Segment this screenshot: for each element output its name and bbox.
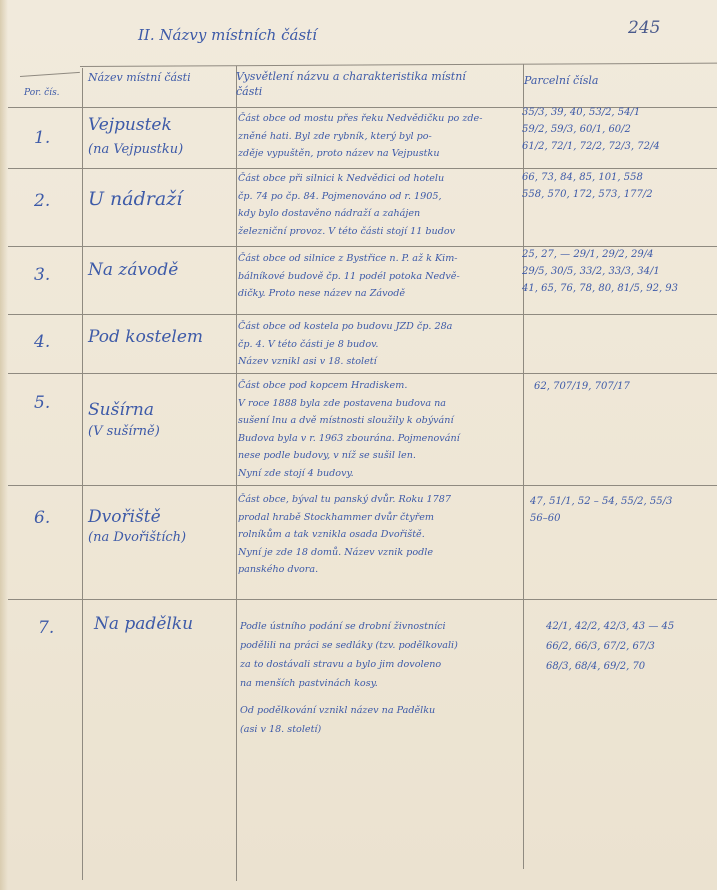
header-row-number: Por. čís. <box>24 86 60 101</box>
locality-name-variant: (na Dvořištích) <box>88 530 186 545</box>
row-rule-3 <box>8 314 717 315</box>
locality-description: Část obce, býval tu panský dvůr. Roku 17… <box>238 491 451 579</box>
page-binding-edge <box>0 0 8 890</box>
locality-description: Podle ústního podání se drobní živnostní… <box>240 617 458 739</box>
locality-name-variant: (na Vejpustku) <box>88 142 183 157</box>
locality-description: Část obce od kostela po budovu JZD čp. 2… <box>238 318 452 371</box>
locality-name: Vejpustek <box>88 113 172 137</box>
row-number: 7. <box>38 618 54 638</box>
row-number: 4. <box>34 332 50 352</box>
row-number: 2. <box>34 191 50 211</box>
header-description: Vysvětlení názvu a charakteristika místn… <box>236 69 466 99</box>
locality-description: Část obce od mostu přes řeku Nedvědičku … <box>238 110 482 163</box>
locality-name: U nádraží <box>88 187 182 211</box>
locality-description: Část obce pod kopcem Hradiskem. V roce 1… <box>238 377 460 482</box>
parcel-numbers: 66, 73, 84, 85, 101, 558 558, 570, 172, … <box>522 169 653 203</box>
locality-description: Část obce při silnici k Nedvědici od hot… <box>238 170 455 240</box>
section-title: II. Názvy místních částí <box>138 26 317 44</box>
row-number: 3. <box>34 265 50 285</box>
row-rule-4 <box>8 373 717 374</box>
parcel-numbers: 47, 51/1, 52 – 54, 55/2, 55/3 56–60 <box>530 493 672 527</box>
table-top-rule <box>80 63 717 67</box>
row-rule-6 <box>8 599 717 600</box>
header-parcels: Parcelní čísla <box>524 73 598 88</box>
table-top-rule <box>20 72 80 77</box>
locality-name: Na závodě <box>88 258 178 282</box>
row-number: 1. <box>34 128 50 148</box>
ledger-page: II. Názvy místních částí 245 Por. čís. N… <box>0 0 717 890</box>
row-number: 5. <box>34 393 50 413</box>
parcel-numbers: 35/3, 39, 40, 53/2, 54/1 59/2, 59/3, 60/… <box>522 104 660 155</box>
page-number: 245 <box>628 18 660 38</box>
locality-name: Dvořiště <box>88 505 161 529</box>
parcel-numbers: 25, 27, — 29/1, 29/2, 29/4 29/5, 30/5, 3… <box>522 246 678 297</box>
header-name: Název místní části <box>88 70 191 85</box>
column-rule-1 <box>82 68 83 880</box>
locality-name: Pod kostelem <box>88 325 203 349</box>
locality-name: Sušírna <box>88 398 154 422</box>
locality-name: Na padělku <box>94 612 193 636</box>
row-rule-5 <box>8 485 717 486</box>
parcel-numbers: 62, 707/19, 707/17 <box>534 378 630 395</box>
row-number: 6. <box>34 508 50 528</box>
column-rule-2 <box>236 66 237 881</box>
locality-description: Část obce od silnice z Bystřice n. P. až… <box>238 250 460 303</box>
locality-name-variant: (V sušírně) <box>88 424 160 439</box>
parcel-numbers: 42/1, 42/2, 42/3, 43 — 45 66/2, 66/3, 67… <box>546 617 674 677</box>
